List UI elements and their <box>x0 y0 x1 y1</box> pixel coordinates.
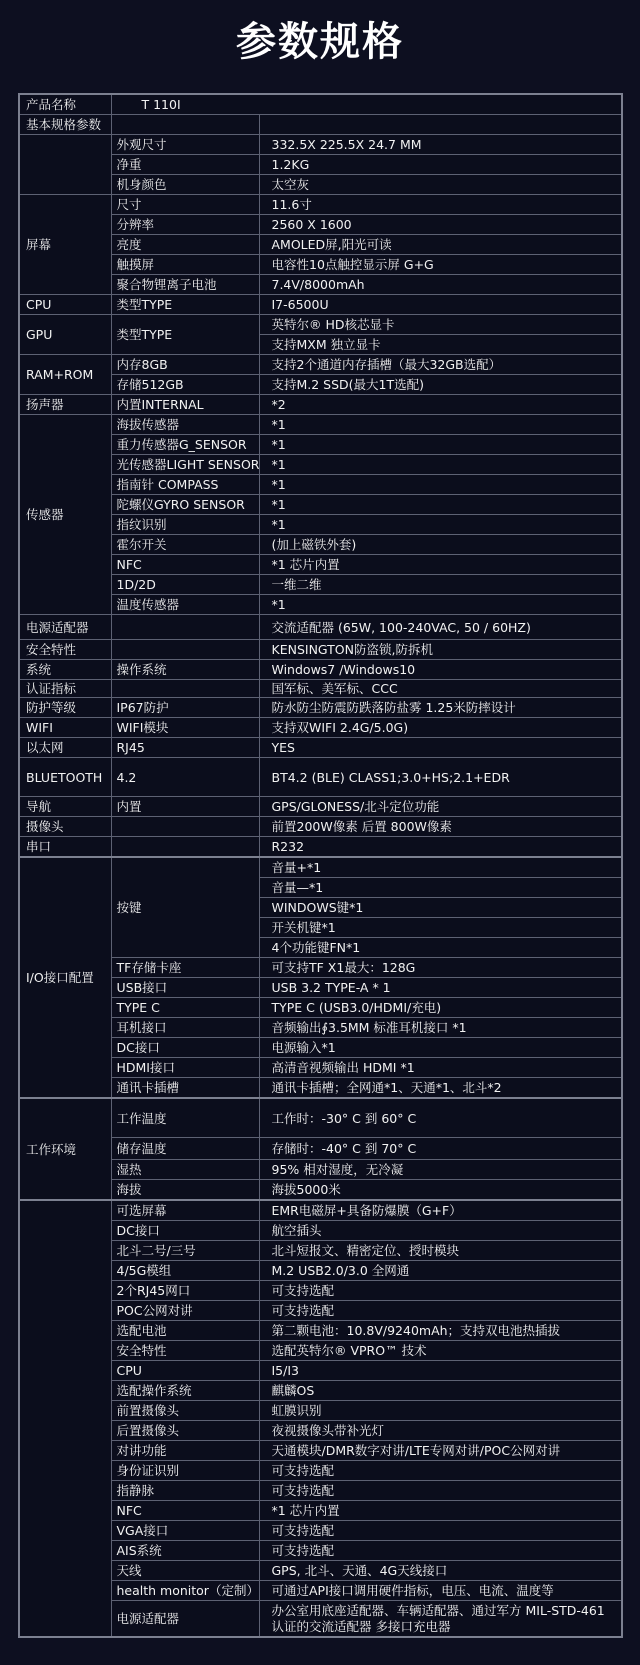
spec-value: I7-6500U <box>259 295 622 315</box>
table-row: CPU类型TYPEI7-6500U <box>19 295 622 315</box>
spec-key: 4.2 <box>111 758 259 797</box>
spec-value: 11.6寸 <box>259 195 622 215</box>
spec-key: 天线 <box>111 1561 259 1581</box>
spec-value: 一维二维 <box>259 575 622 595</box>
spec-key: CPU <box>111 1361 259 1381</box>
spec-key: 湿热 <box>111 1160 259 1180</box>
spec-value: 可支持TF X1最大：128G <box>259 958 622 978</box>
spec-value: *1 <box>259 495 622 515</box>
spec-value: 虹膜识别 <box>259 1401 622 1421</box>
spec-value: *1 <box>259 415 622 435</box>
spec-value: 太空灰 <box>259 175 622 195</box>
spec-key: 外观尺寸 <box>111 135 259 155</box>
spec-key: 温度传感器 <box>111 595 259 615</box>
spec-value: *1 <box>259 435 622 455</box>
category-cell: 串口 <box>19 837 111 858</box>
spec-value: Windows7 /Windows10 <box>259 660 622 680</box>
spec-key: 聚合物锂离子电池 <box>111 275 259 295</box>
spec-key: 按键 <box>111 857 259 958</box>
table-row: 安全特性KENSINGTON防盗锁,防拆机 <box>19 640 622 660</box>
spec-value: I5/I3 <box>259 1361 622 1381</box>
spec-value: 防水防尘防震防跌落防盐雾 1.25米防摔设计 <box>259 698 622 718</box>
table-row-basic-header: 基本规格参数 <box>19 115 622 135</box>
spec-value: 可支持选配 <box>259 1541 622 1561</box>
spec-value: 办公室用底座适配器、车辆适配器、通过军方 MIL-STD-461 认证的交流适配… <box>259 1601 622 1638</box>
spec-value: 332.5X 225.5X 24.7 MM <box>259 135 622 155</box>
spec-key: IP67防护 <box>111 698 259 718</box>
spec-value: AMOLED屏,阳光可读 <box>259 235 622 255</box>
table-row: 系统操作系统Windows7 /Windows10 <box>19 660 622 680</box>
spec-key: 1D/2D <box>111 575 259 595</box>
spec-value: 可通过API接口调用硬件指标，电压、电流、温度等 <box>259 1581 622 1601</box>
spec-key: TF存储卡座 <box>111 958 259 978</box>
spec-value: R232 <box>259 837 622 858</box>
table-row: 工作环境工作温度工作时：-30° C 到 60° C <box>19 1098 622 1138</box>
spec-value: GPS/GLONESS/北斗定位功能 <box>259 797 622 817</box>
spec-value: 电源输入*1 <box>259 1038 622 1058</box>
spec-key: WIFI模块 <box>111 718 259 738</box>
spec-key: 工作温度 <box>111 1098 259 1138</box>
spec-value: 天通模块/DMR数字对讲/LTE专网对讲/POC公网对讲 <box>259 1441 622 1461</box>
category-cell: 传感器 <box>19 415 111 615</box>
spec-key: 陀螺仪GYRO SENSOR <box>111 495 259 515</box>
spec-key: 耳机接口 <box>111 1018 259 1038</box>
spec-key: HDMI接口 <box>111 1058 259 1078</box>
product-name-value: T 110I <box>111 94 622 115</box>
spec-key: 尺寸 <box>111 195 259 215</box>
spec-value: 存储时：-40° C 到 70° C <box>259 1138 622 1160</box>
spec-key: 类型TYPE <box>111 315 259 355</box>
spec-key: 4/5G模组 <box>111 1261 259 1281</box>
spec-key: 可选屏幕 <box>111 1200 259 1221</box>
table-row: 认证指标国军标、美军标、CCC <box>19 680 622 698</box>
category-cell: BLUETOOTH <box>19 758 111 797</box>
table-row: 外观尺寸332.5X 225.5X 24.7 MM <box>19 135 622 155</box>
spec-key <box>111 680 259 698</box>
spec-key: 内存8GB <box>111 355 259 375</box>
spec-key: 通讯卡插槽 <box>111 1078 259 1099</box>
spec-value: 4个功能键FN*1 <box>259 938 622 958</box>
spec-key: 指静脉 <box>111 1481 259 1501</box>
spec-key: 分辨率 <box>111 215 259 235</box>
spec-key: 指南针 COMPASS <box>111 475 259 495</box>
spec-value: 可支持选配 <box>259 1301 622 1321</box>
spec-value: *1 芯片内置 <box>259 1501 622 1521</box>
spec-key: POC公网对讲 <box>111 1301 259 1321</box>
spec-key: RJ45 <box>111 738 259 758</box>
table-row: 屏幕尺寸11.6寸 <box>19 195 622 215</box>
product-name-label: 产品名称 <box>19 94 111 115</box>
category-cell: 摄像头 <box>19 817 111 837</box>
spec-key: 电源适配器 <box>111 1601 259 1638</box>
spec-key: 前置摄像头 <box>111 1401 259 1421</box>
category-cell: CPU <box>19 295 111 315</box>
spec-value: 音量+*1 <box>259 857 622 878</box>
spec-key: 身份证识别 <box>111 1461 259 1481</box>
page-title: 参数规格 <box>0 16 640 68</box>
category-cell: 工作环境 <box>19 1098 111 1200</box>
category-cell: 系统 <box>19 660 111 680</box>
category-cell: 认证指标 <box>19 680 111 698</box>
spec-value: (加上磁铁外套) <box>259 535 622 555</box>
spec-value: 95% 相对湿度，无冷凝 <box>259 1160 622 1180</box>
basic-spec-header: 基本规格参数 <box>19 115 111 135</box>
spec-key: 选配操作系统 <box>111 1381 259 1401</box>
table-row: 可选屏幕EMR电磁屏+具备防爆膜（G+F） <box>19 1200 622 1221</box>
spec-value: 第二颗电池：10.8V/9240mAh；支持双电池热插拔 <box>259 1321 622 1341</box>
spec-key: 海拔 <box>111 1180 259 1201</box>
spec-key: 操作系统 <box>111 660 259 680</box>
spec-value: USB 3.2 TYPE-A * 1 <box>259 978 622 998</box>
table-row: 摄像头前置200W像素 后置 800W像素 <box>19 817 622 837</box>
category-cell: 导航 <box>19 797 111 817</box>
spec-key: 重力传感器G_SENSOR <box>111 435 259 455</box>
spec-key <box>111 615 259 640</box>
spec-value: 麒麟OS <box>259 1381 622 1401</box>
spec-value: 可支持选配 <box>259 1281 622 1301</box>
table-row: 防护等级IP67防护防水防尘防震防跌落防盐雾 1.25米防摔设计 <box>19 698 622 718</box>
spec-value: *1 <box>259 455 622 475</box>
spec-value: 支持MXM 独立显卡 <box>259 335 622 355</box>
spec-value: 可支持选配 <box>259 1461 622 1481</box>
table-row: GPU类型TYPE英特尔® HD核芯显卡 <box>19 315 622 335</box>
table-row: 导航内置GPS/GLONESS/北斗定位功能 <box>19 797 622 817</box>
spec-value: 通讯卡插槽；全网通*1、天通*1、北斗*2 <box>259 1078 622 1099</box>
spec-key: 储存温度 <box>111 1138 259 1160</box>
table-row: 扬声器内置INTERNAL*2 <box>19 395 622 415</box>
spec-key: DC接口 <box>111 1038 259 1058</box>
spec-value: 支持M.2 SSD(最大1T选配) <box>259 375 622 395</box>
spec-key: 指纹识别 <box>111 515 259 535</box>
spec-value: 交流适配器 (65W, 100-240VAC, 50 / 60HZ) <box>259 615 622 640</box>
spec-value: *2 <box>259 395 622 415</box>
spec-key: 对讲功能 <box>111 1441 259 1461</box>
spec-value: *1 <box>259 475 622 495</box>
spec-value: 高清音视频输出 HDMI *1 <box>259 1058 622 1078</box>
spec-value: 1.2KG <box>259 155 622 175</box>
spec-value: 工作时：-30° C 到 60° C <box>259 1098 622 1138</box>
category-cell: 防护等级 <box>19 698 111 718</box>
spec-key: 内置 <box>111 797 259 817</box>
spec-key <box>111 817 259 837</box>
category-cell: WIFI <box>19 718 111 738</box>
spec-key: 净重 <box>111 155 259 175</box>
spec-value: M.2 USB2.0/3.0 全网通 <box>259 1261 622 1281</box>
table-row: 以太网RJ45YES <box>19 738 622 758</box>
spec-key: NFC <box>111 555 259 575</box>
spec-key: 触摸屏 <box>111 255 259 275</box>
spec-value: KENSINGTON防盗锁,防拆机 <box>259 640 622 660</box>
spec-key: 安全特性 <box>111 1341 259 1361</box>
spec-value: 航空插头 <box>259 1221 622 1241</box>
spec-value: 支持2个通道内存插槽（最大32GB选配） <box>259 355 622 375</box>
table-row: I/O接口配置按键音量+*1 <box>19 857 622 878</box>
category-cell: RAM+ROM <box>19 355 111 395</box>
spec-value: *1 芯片内置 <box>259 555 622 575</box>
spec-value: *1 <box>259 595 622 615</box>
spec-value: YES <box>259 738 622 758</box>
spec-value: 国军标、美军标、CCC <box>259 680 622 698</box>
spec-key: 存储512GB <box>111 375 259 395</box>
spec-key: DC接口 <box>111 1221 259 1241</box>
spec-value: 音频输出∮3.5MM 标准耳机接口 *1 <box>259 1018 622 1038</box>
table-row: BLUETOOTH4.2BT4.2 (BLE) CLASS1;3.0+HS;2.… <box>19 758 622 797</box>
spec-value: 英特尔® HD核芯显卡 <box>259 315 622 335</box>
table-row: WIFIWIFI模块支持双WIFI 2.4G/5.0G) <box>19 718 622 738</box>
category-cell <box>19 135 111 195</box>
table-row: 电源适配器交流适配器 (65W, 100-240VAC, 50 / 60HZ) <box>19 615 622 640</box>
table-row: 传感器海拔传感器*1 <box>19 415 622 435</box>
spec-value: 2560 X 1600 <box>259 215 622 235</box>
category-cell: 以太网 <box>19 738 111 758</box>
spec-key: health monitor（定制） <box>111 1581 259 1601</box>
spec-value: 夜视摄像头带补光灯 <box>259 1421 622 1441</box>
category-cell: I/O接口配置 <box>19 857 111 1098</box>
spec-key: NFC <box>111 1501 259 1521</box>
spec-value: 电容性10点触控显示屏 G+G <box>259 255 622 275</box>
spec-table: 产品名称 T 110I 基本规格参数 外观尺寸332.5X 225.5X 24.… <box>18 93 623 1638</box>
spec-key: 2个RJ45网口 <box>111 1281 259 1301</box>
spec-value: 前置200W像素 后置 800W像素 <box>259 817 622 837</box>
spec-key: 光传感器LIGHT SENSOR <box>111 455 259 475</box>
empty-cell <box>111 115 259 135</box>
spec-value: 北斗短报文、精密定位、授时模块 <box>259 1241 622 1261</box>
spec-value: 海拔5000米 <box>259 1180 622 1201</box>
spec-key: TYPE C <box>111 998 259 1018</box>
spec-key <box>111 640 259 660</box>
spec-key: 海拔传感器 <box>111 415 259 435</box>
spec-key: 亮度 <box>111 235 259 255</box>
category-cell <box>19 1200 111 1637</box>
spec-value: 7.4V/8000mAh <box>259 275 622 295</box>
spec-value: TYPE C (USB3.0/HDMI/充电) <box>259 998 622 1018</box>
empty-cell <box>259 115 622 135</box>
spec-key: 机身颜色 <box>111 175 259 195</box>
spec-value: BT4.2 (BLE) CLASS1;3.0+HS;2.1+EDR <box>259 758 622 797</box>
spec-value: GPS, 北斗、天通、4G天线接口 <box>259 1561 622 1581</box>
category-cell: 电源适配器 <box>19 615 111 640</box>
spec-value: *1 <box>259 515 622 535</box>
spec-key: VGA接口 <box>111 1521 259 1541</box>
spec-value: 可支持选配 <box>259 1521 622 1541</box>
table-row: RAM+ROM内存8GB支持2个通道内存插槽（最大32GB选配） <box>19 355 622 375</box>
spec-value: EMR电磁屏+具备防爆膜（G+F） <box>259 1200 622 1221</box>
spec-value: 开关机键*1 <box>259 918 622 938</box>
category-cell: 扬声器 <box>19 395 111 415</box>
spec-key: 类型TYPE <box>111 295 259 315</box>
spec-key: AIS系统 <box>111 1541 259 1561</box>
table-row-product: 产品名称 T 110I <box>19 94 622 115</box>
category-cell: 安全特性 <box>19 640 111 660</box>
spec-key: 霍尔开关 <box>111 535 259 555</box>
table-row: 串口R232 <box>19 837 622 858</box>
spec-value: WINDOWS键*1 <box>259 898 622 918</box>
spec-key: 选配电池 <box>111 1321 259 1341</box>
category-cell: 屏幕 <box>19 195 111 295</box>
spec-key: 北斗二号/三号 <box>111 1241 259 1261</box>
spec-value: 选配英特尔® VPRO™ 技术 <box>259 1341 622 1361</box>
spec-key: 后置摄像头 <box>111 1421 259 1441</box>
spec-key: USB接口 <box>111 978 259 998</box>
spec-value: 支持双WIFI 2.4G/5.0G) <box>259 718 622 738</box>
category-cell: GPU <box>19 315 111 355</box>
spec-value: 音量—*1 <box>259 878 622 898</box>
spec-key <box>111 837 259 858</box>
spec-key: 内置INTERNAL <box>111 395 259 415</box>
spec-value: 可支持选配 <box>259 1481 622 1501</box>
